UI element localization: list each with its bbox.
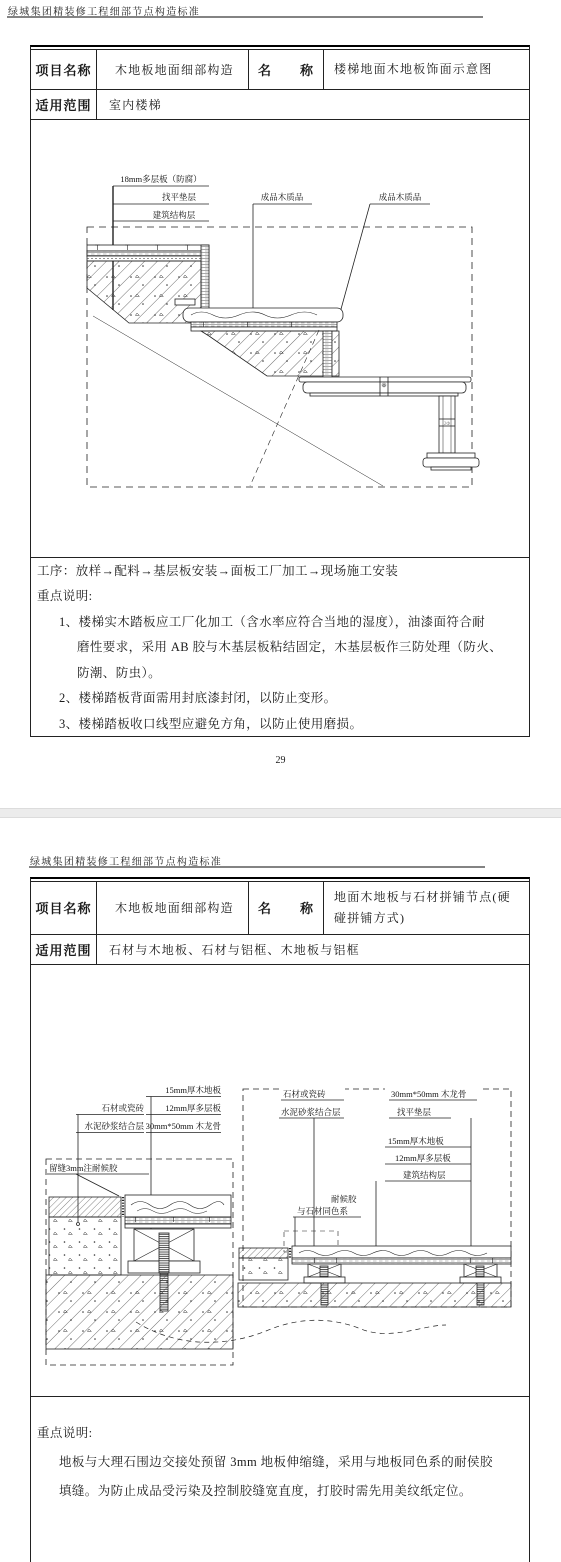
table-row-title: 项目名称 木地板地面细部构造 名 称 楼梯地面木地板饰面示意图 bbox=[31, 49, 529, 90]
label-wood15: 15mm厚木地板 bbox=[165, 1085, 221, 1095]
label-gap-sealant: 留缝3mm注耐候胶 bbox=[49, 1163, 118, 1173]
notes-cell: 工序：放样→配料→基层板安装→面板工厂加工→现场施工安装 重点说明: 1、楼梯实… bbox=[31, 558, 529, 736]
project-name-value: 木地板地面细部构造 bbox=[97, 882, 249, 934]
floor-joint-drawing: 15mm厚木地板 石材或瓷砖 12mm厚多层板 水泥砂浆结合层 30mm*50m… bbox=[31, 965, 529, 1396]
note-body-2: 填缝。为防止成品受污染及控制胶缝宽直度，打胶时需先用美纹纸定位。 bbox=[37, 1477, 523, 1506]
name-value: 地面木地板与石材拼铺节点(硬碰拼铺方式) bbox=[324, 882, 529, 934]
label-ply12: 12mm厚多层板 bbox=[165, 1103, 221, 1113]
label-mortar: 水泥砂浆结合层 bbox=[84, 1121, 144, 1131]
scope-label: 适用范围 bbox=[31, 935, 97, 964]
table-row-scope: 适用范围 室内楼梯 bbox=[31, 90, 529, 120]
label-wood-product-2: 成品木质品 bbox=[379, 192, 422, 202]
drawing-cell: 18mm多层板（防腐） 找平垫层 建筑结构层 成品木质品 成品木质品 Φ 2Φ bbox=[31, 120, 529, 558]
process-line: 工序：放样→配料→基层板安装→面板工厂加工→现场施工安装 bbox=[37, 559, 523, 585]
detail-sheet: 项目名称 木地板地面细部构造 名 称 地面木地板与石材拼铺节点(硬碰拼铺方式) … bbox=[30, 877, 530, 1562]
label-wood-product-1: 成品木质品 bbox=[261, 192, 304, 202]
document-page-2: 绿城集团精装修工程细部节点构造标准 项目名称 木地板地面细部构造 名 称 地面木… bbox=[0, 818, 561, 1562]
scope-value: 室内楼梯 bbox=[97, 90, 529, 119]
label-structure: 建筑结构层 bbox=[153, 210, 196, 220]
name-label: 名 称 bbox=[249, 882, 324, 934]
name-label: 名 称 bbox=[249, 50, 324, 89]
label-sealant-1: 耐候胶 bbox=[331, 1194, 357, 1204]
post-mark: 2Φ bbox=[444, 422, 451, 427]
label-plywood18: 18mm多层板（防腐） bbox=[120, 174, 201, 184]
label-stone: 石材或瓷砖 bbox=[101, 1103, 144, 1113]
label-joist-right: 30mm*50mm 木龙骨 bbox=[391, 1089, 467, 1099]
label-wood15-right: 15mm厚木地板 bbox=[388, 1136, 444, 1146]
project-name-label: 项目名称 bbox=[31, 50, 97, 89]
scope-label: 适用范围 bbox=[31, 90, 97, 119]
note-body-1: 地板与大理石围边交接处预留 3mm 地板伸缩缝，采用与地板同色系的耐侯胶 bbox=[37, 1448, 523, 1477]
label-sealant-2: 与石材同色系 bbox=[297, 1206, 349, 1216]
joint-drawing-labels: 15mm厚木地板 石材或瓷砖 12mm厚多层板 水泥砂浆结合层 30mm*50m… bbox=[49, 1085, 467, 1216]
header-rule bbox=[7, 16, 483, 18]
drawing-cell: 15mm厚木地板 石材或瓷砖 12mm厚多层板 水泥砂浆结合层 30mm*50m… bbox=[31, 965, 529, 1397]
notes-cell: 重点说明: 地板与大理石围边交接处预留 3mm 地板伸缩缝，采用与地板同色系的耐… bbox=[31, 1397, 529, 1506]
key-notes-title: 重点说明: bbox=[37, 584, 523, 610]
note-item-1-cont2: 防潮、防虫）。 bbox=[37, 661, 523, 687]
project-name-value: 木地板地面细部构造 bbox=[97, 50, 249, 89]
stair-section-drawing: 18mm多层板（防腐） 找平垫层 建筑结构层 成品木质品 成品木质品 Φ 2Φ bbox=[31, 120, 529, 557]
note-item-2: 2、楼梯踏板背面需用封底漆封闭，以防止变形。 bbox=[37, 686, 523, 712]
label-stone-right: 石材或瓷砖 bbox=[283, 1089, 326, 1099]
page-number: 29 bbox=[0, 755, 561, 766]
header-rule bbox=[29, 866, 485, 868]
table-row-title: 项目名称 木地板地面细部构造 名 称 地面木地板与石材拼铺节点(硬碰拼铺方式) bbox=[31, 881, 529, 935]
page-separator bbox=[0, 808, 561, 818]
label-mortar-right: 水泥砂浆结合层 bbox=[281, 1107, 341, 1117]
detail-sheet: 项目名称 木地板地面细部构造 名 称 楼梯地面木地板饰面示意图 适用范围 室内楼… bbox=[30, 45, 530, 737]
label-leveling: 找平垫层 bbox=[162, 192, 197, 202]
project-name-label: 项目名称 bbox=[31, 882, 97, 934]
note-item-3: 3、楼梯踏板收口线型应避免方角，以防止使用磨损。 bbox=[37, 712, 523, 738]
label-structure-right: 建筑结构层 bbox=[403, 1170, 446, 1180]
label-leveling-right: 找平垫层 bbox=[397, 1107, 432, 1117]
table-row-scope: 适用范围 石材与木地板、石材与铝框、木地板与铝框 bbox=[31, 935, 529, 965]
name-value: 楼梯地面木地板饰面示意图 bbox=[324, 50, 529, 89]
label-joist: 30mm*50mm 木龙骨 bbox=[146, 1121, 222, 1131]
label-ply12-right: 12mm厚多层板 bbox=[395, 1153, 451, 1163]
note-item-1: 1、楼梯实木踏板应工厂化加工（含水率应符合当地的湿度），油漆面符合耐 bbox=[37, 610, 523, 636]
stair-linework bbox=[87, 186, 479, 487]
scope-value: 石材与木地板、石材与铝框、木地板与铝框 bbox=[97, 935, 529, 964]
key-notes-title: 重点说明: bbox=[37, 1419, 523, 1448]
document-page-1: 绿城集团精装修工程细部节点构造标准 项目名称 木地板地面细部构造 名 称 楼梯地… bbox=[0, 0, 561, 808]
note-item-1-cont: 磨性要求，采用 AB 胶与木基层板粘结固定，木基层板作三防处理（防火、 bbox=[37, 635, 523, 661]
